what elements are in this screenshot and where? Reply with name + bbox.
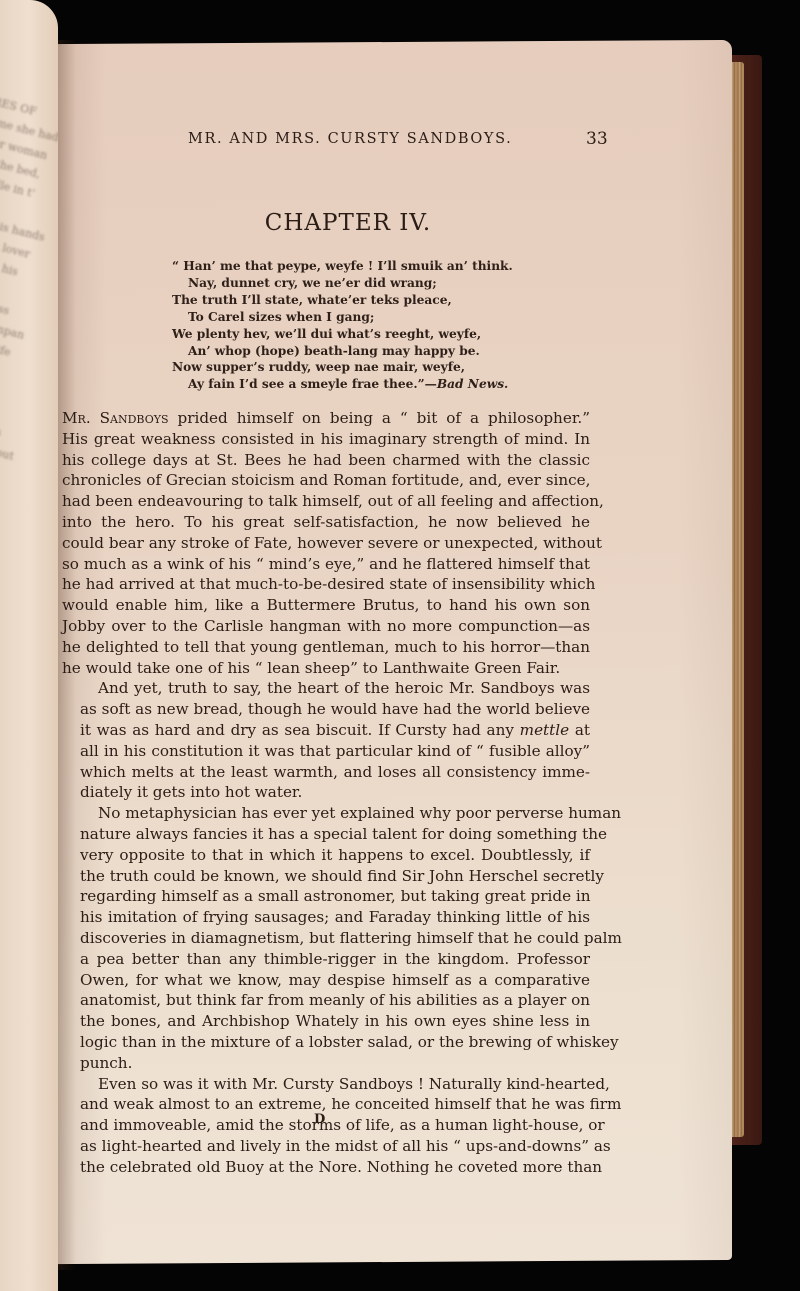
text-line: Jobby over to the Carlisle hangman with … (62, 616, 590, 637)
facing-page-text: RES OFtime she hadHer womanon the bed,ca… (0, 92, 58, 808)
text-line: anatomist, but think far from meanly of … (62, 990, 590, 1011)
facing-page-curl: RES OFtime she hadHer womanon the bed,ca… (0, 0, 58, 1291)
text-line: his college days at St. Bees he had been… (62, 450, 590, 471)
text-line: And yet, truth to say, the heart of the … (62, 678, 590, 699)
text-line: the celebrated old Buoy at the Nore. Not… (62, 1157, 590, 1178)
running-head: MR. AND MRS. CURSTY SANDBOYS. (188, 131, 728, 147)
epigraph-line: Now supper’s ruddy, weep nae mair, weyfe… (172, 359, 592, 376)
text-line: and immoveable, amid the storms of life,… (62, 1115, 590, 1136)
paragraph: No metaphysician has ever yet explained … (62, 803, 590, 1073)
chapter-title: CHAPTER IV. (62, 210, 618, 236)
text-line: Owen, for what we know, may despise hims… (62, 970, 590, 991)
text-line: His great weakness consisted in his imag… (62, 429, 590, 450)
text-line: and weak almost to an extreme, he concei… (62, 1094, 590, 1115)
text-line: chronicles of Grecian stoicism and Roman… (62, 470, 590, 491)
text-line: Mr. Sandboys prided himself on being a “… (62, 408, 590, 429)
lead-smallcaps: Mr. Sandboys (62, 409, 169, 427)
text-line: would enable him, like a Buttermere Brut… (62, 595, 590, 616)
epigraph-line: “ Han’ me that peype, weyfe ! I’ll smuik… (172, 258, 592, 275)
epigraph-line: Nay, dunnet cry, we ne’er did wrang; (172, 275, 592, 292)
text-line: a pea better than any thimble-rigger in … (62, 949, 590, 970)
italic-word: mettle (520, 721, 569, 739)
page-number: 33 (586, 129, 608, 149)
text-line: so much as a wink of his “ mind’s eye,” … (62, 554, 590, 575)
epigraph: “ Han’ me that peype, weyfe ! I’ll smuik… (172, 258, 592, 393)
paragraph: And yet, truth to say, the heart of the … (62, 678, 590, 803)
text-line: his imitation of frying sausages; and Fa… (62, 907, 590, 928)
text-line: it was as hard and dry as sea biscuit. I… (62, 720, 590, 741)
text-line: had been endeavouring to talk himself, o… (62, 491, 590, 512)
text-line: Even so was it with Mr. Cursty Sandboys … (62, 1074, 590, 1095)
text-line: as light-hearted and lively in the midst… (62, 1136, 590, 1157)
paragraph: Even so was it with Mr. Cursty Sandboys … (62, 1074, 590, 1178)
epigraph-line: We plenty hev, we’ll dui what’s reeght, … (172, 326, 592, 343)
text-line: into the hero. To his great self-satisfa… (62, 512, 590, 533)
body-text: Mr. Sandboys prided himself on being a “… (62, 408, 590, 1177)
text-line: very opposite to that in which it happen… (62, 845, 590, 866)
text-line: could bear any stroke of Fate, however s… (62, 533, 590, 554)
epigraph-line: An’ whop (hope) beath-lang may happy be. (172, 343, 592, 360)
text-line: discoveries in diamagnetism, but flatter… (62, 928, 590, 949)
epigraph-line: Ay fain I’d see a smeyle frae thee.”—Bad… (172, 376, 592, 393)
text-line: the bones, and Archbishop Whately in his… (62, 1011, 590, 1032)
epigraph-line: To Carel sizes when I gang; (172, 309, 592, 326)
text-line: punch. (62, 1053, 590, 1074)
text-line: the truth could be known, we should find… (62, 866, 590, 887)
text-line: he had arrived at that much-to-be-desire… (62, 574, 590, 595)
epigraph-line: The truth I’ll state, whate’er teks plea… (172, 292, 592, 309)
text-line: No metaphysician has ever yet explained … (62, 803, 590, 824)
text-line: all in his constitution it was that part… (62, 741, 590, 762)
epigraph-source: Bad News. (437, 377, 508, 391)
text-line: he delighted to tell that young gentlema… (62, 637, 590, 658)
text-line: regarding himself as a small astronomer,… (62, 886, 590, 907)
text-line: nature always fancies it has a special t… (62, 824, 590, 845)
paragraph: Mr. Sandboys prided himself on being a “… (62, 408, 590, 678)
text-line: as soft as new bread, though he would ha… (62, 699, 590, 720)
signature-mark: D (314, 1112, 325, 1127)
text-line: logic than in the mixture of a lobster s… (62, 1032, 590, 1053)
text-line: he would take one of his “ lean sheep” t… (62, 658, 590, 679)
text-line: which melts at the least warmth, and los… (62, 762, 590, 783)
text-line: diately it gets into hot water. (62, 782, 590, 803)
